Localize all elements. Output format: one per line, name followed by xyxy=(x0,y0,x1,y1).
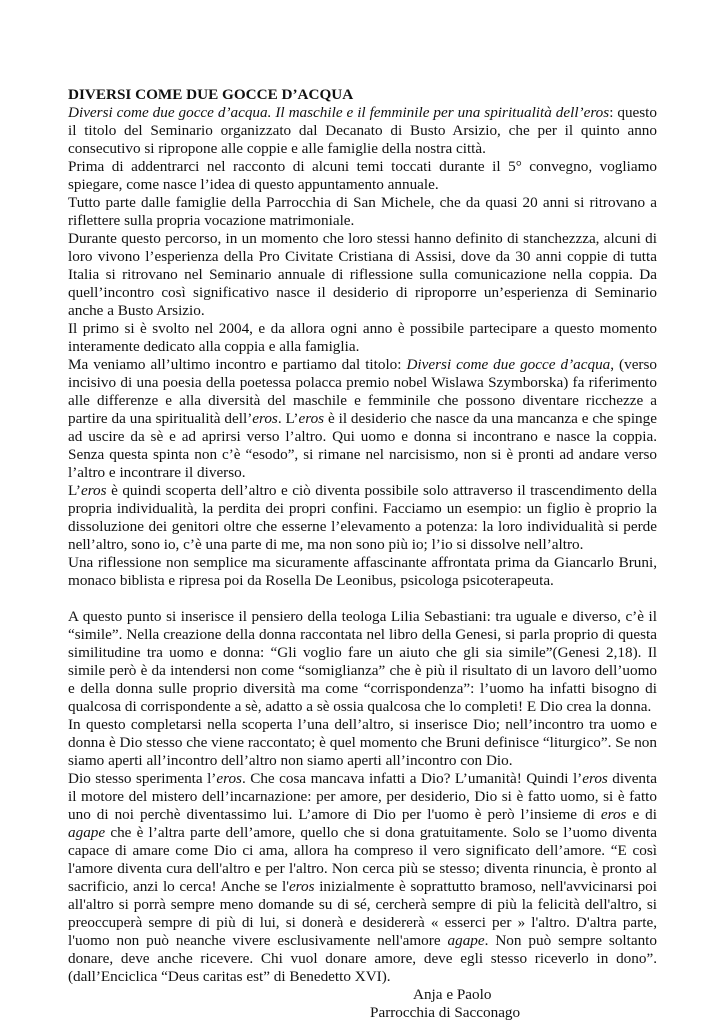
paragraph: L’eros è quindi scoperta dell’altro e ci… xyxy=(68,482,657,554)
paragraph: Ma veniamo all’ultimo incontro e partiam… xyxy=(68,356,657,482)
signature-authors: Anja e Paolo xyxy=(68,986,657,1004)
document-page: DIVERSI COME DUE GOCCE D’ACQUA Diversi c… xyxy=(68,86,657,1022)
italic-text: eros xyxy=(601,806,627,823)
italic-text: eros xyxy=(289,878,315,895)
paragraph: Il primo si è svolto nel 2004, e da allo… xyxy=(68,320,657,356)
paragraph: Durante questo percorso, in un momento c… xyxy=(68,230,657,320)
text-run: Tutto parte dalle famiglie della Parrocc… xyxy=(68,194,657,229)
paragraph: Diversi come due gocce d’acqua. Il masch… xyxy=(68,104,657,158)
text-run: Dio stesso sperimenta l’ xyxy=(68,770,216,787)
text-run: A questo punto si inserisce il pensiero … xyxy=(68,608,657,715)
blank-line xyxy=(68,590,657,608)
text-run: . L’ xyxy=(278,410,299,427)
italic-text: agape xyxy=(68,824,105,841)
text-run: Ma veniamo all’ultimo incontro e partiam… xyxy=(68,356,406,373)
text-run: e di xyxy=(626,806,657,823)
italic-text: Diversi come due gocce d’acqua. Il masch… xyxy=(68,104,609,121)
text-run: In questo completarsi nella scoperta l’u… xyxy=(68,716,657,769)
paragraph: Una riflessione non semplice ma sicurame… xyxy=(68,554,657,590)
text-run: Una riflessione non semplice ma sicurame… xyxy=(68,554,657,589)
paragraph: Prima di addentrarci nel racconto di alc… xyxy=(68,158,657,194)
text-run: è quindi scoperta dell’altro e ciò diven… xyxy=(68,482,657,553)
signature-parish: Parrocchia di Sacconago xyxy=(68,1004,657,1022)
italic-text: eros xyxy=(216,770,242,787)
text-run: L’ xyxy=(68,482,81,499)
italic-text: eros xyxy=(81,482,107,499)
text-run: Il primo si è svolto nel 2004, e da allo… xyxy=(68,320,657,355)
text-run: Prima di addentrarci nel racconto di alc… xyxy=(68,158,657,193)
text-run: Durante questo percorso, in un momento c… xyxy=(68,230,657,319)
paragraph: Dio stesso sperimenta l’eros. Che cosa m… xyxy=(68,770,657,986)
paragraph: Tutto parte dalle famiglie della Parrocc… xyxy=(68,194,657,230)
text-run: . Che cosa mancava infatti a Dio? L’uman… xyxy=(242,770,582,787)
paragraph: In questo completarsi nella scoperta l’u… xyxy=(68,716,657,770)
italic-text: Diversi come due gocce d’acqua xyxy=(406,356,610,373)
paragraph: A questo punto si inserisce il pensiero … xyxy=(68,608,657,716)
italic-text: eros xyxy=(582,770,608,787)
italic-text: agape xyxy=(448,932,485,949)
document-title: DIVERSI COME DUE GOCCE D’ACQUA xyxy=(68,86,657,104)
document-body: Diversi come due gocce d’acqua. Il masch… xyxy=(68,104,657,986)
italic-text: eros xyxy=(252,410,278,427)
italic-text: eros xyxy=(298,410,324,427)
